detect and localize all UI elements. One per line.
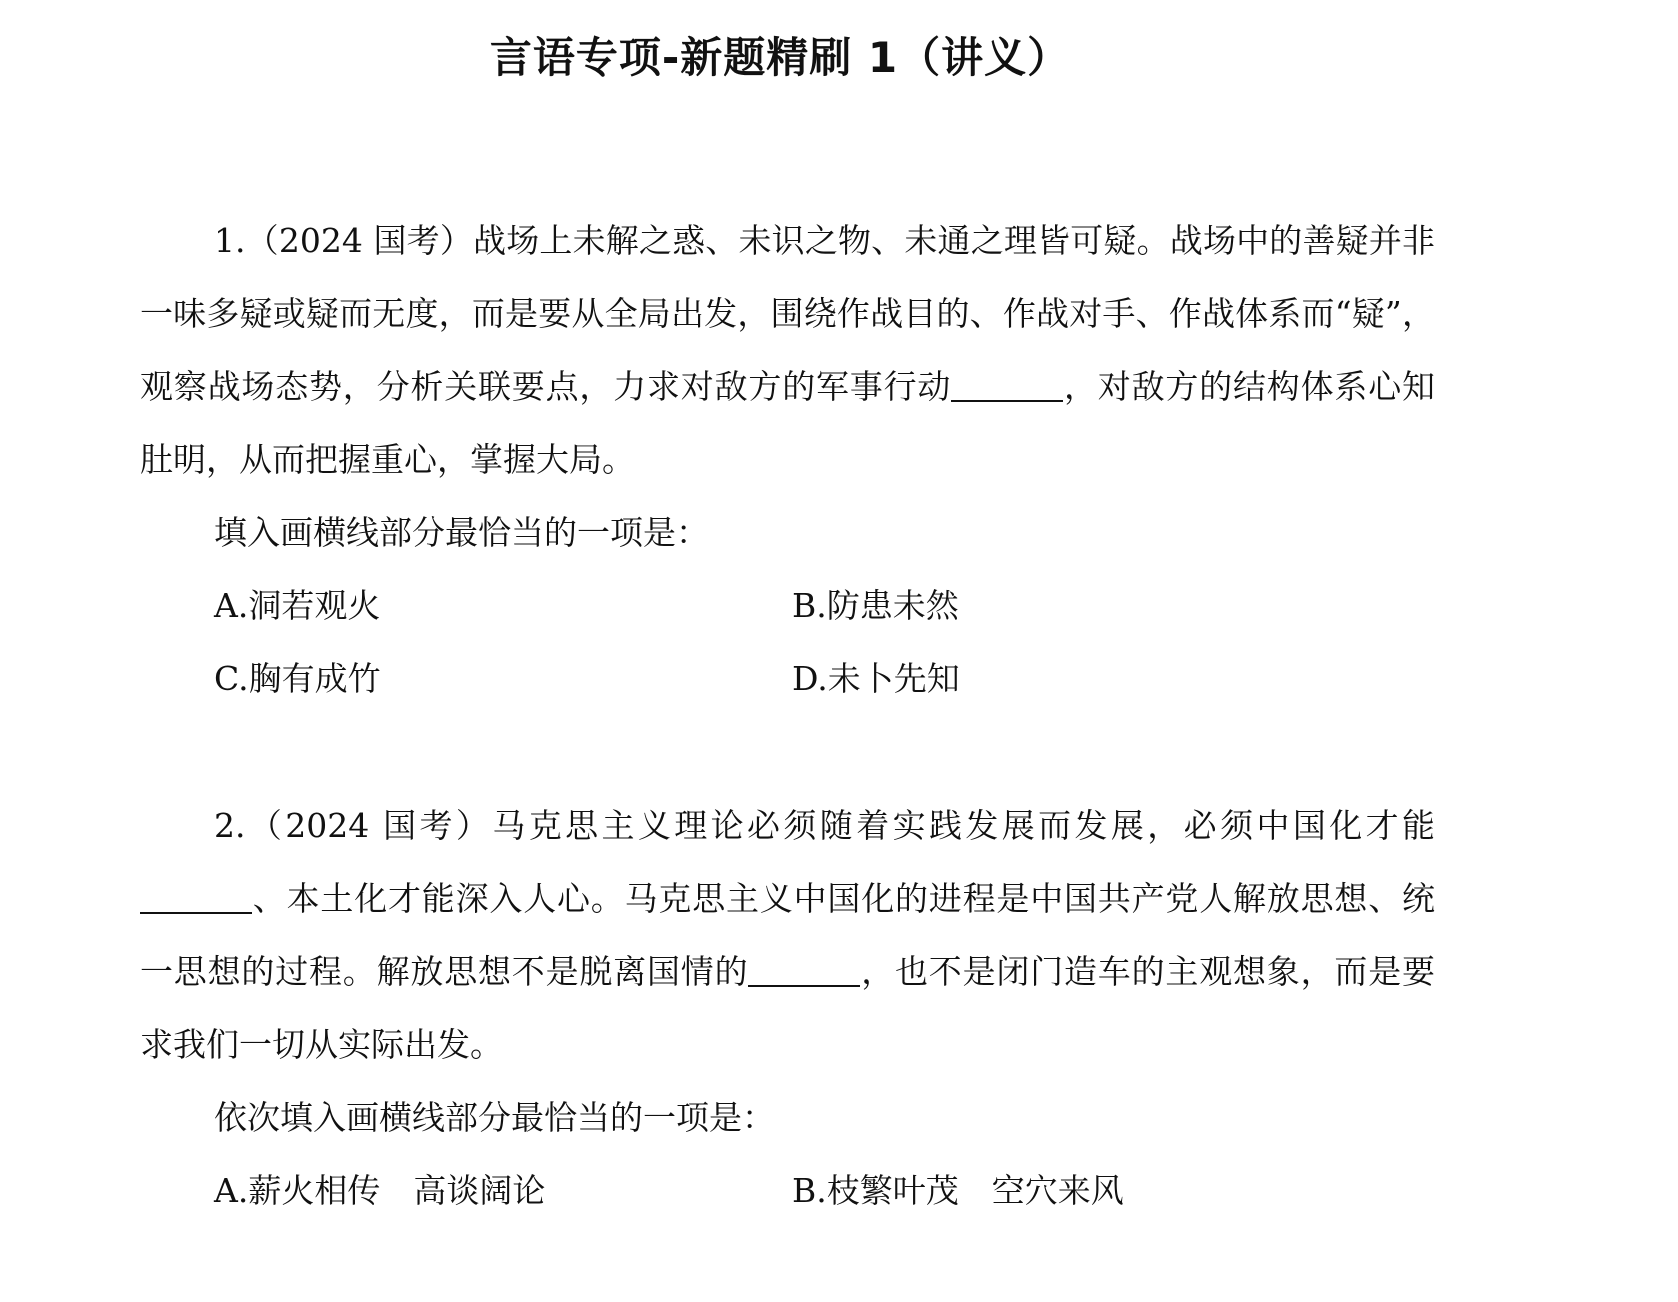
option-text: 胸有成竹: [249, 659, 381, 698]
option-a: A.薪火相传 高谈阔论: [214, 1154, 792, 1227]
option-text: 枝繁叶茂 空穴来风: [827, 1171, 1124, 1210]
option-letter: C.: [214, 659, 249, 698]
question-stem: 2.（2024 国考）马克思主义理论必须随着实践发展而发展，必须中国化才能、本土…: [140, 789, 1435, 1081]
option-text: 洞若观火: [248, 586, 380, 625]
option-text: 防患未然: [827, 586, 959, 625]
option-d: D.未卜先知: [792, 642, 1370, 715]
question-number: 2.: [214, 806, 246, 845]
options-list: A.洞若观火 B.防患未然 C.胸有成竹 D.未卜先知: [140, 569, 1435, 715]
options-row: C.胸有成竹 D.未卜先知: [214, 642, 1435, 715]
option-letter: A.: [214, 586, 248, 625]
question-2: 2.（2024 国考）马克思主义理论必须随着实践发展而发展，必须中国化才能、本土…: [140, 789, 1435, 1227]
question-prompt: 填入画横线部分最恰当的一项是：: [140, 496, 1435, 569]
fill-blank: [748, 952, 860, 987]
fill-blank: [951, 367, 1063, 402]
option-b: B.防患未然: [792, 569, 1370, 642]
option-letter: B.: [792, 1171, 827, 1210]
options-list: A.薪火相传 高谈阔论 B.枝繁叶茂 空穴来风: [140, 1154, 1435, 1227]
option-c: C.胸有成竹: [214, 642, 792, 715]
option-letter: B.: [792, 586, 827, 625]
option-text: 未卜先知: [828, 659, 960, 698]
question-stem: 1.（2024 国考）战场上未解之惑、未识之物、未通之理皆可疑。战场中的善疑并非…: [140, 204, 1435, 496]
options-row: A.洞若观火 B.防患未然: [214, 569, 1435, 642]
question-source: （2024 国考）: [246, 806, 493, 845]
question-source: （2024 国考）: [246, 221, 474, 260]
stem-text: 马克思主义理论必须随着实践发展而发展，必须中国化才能: [492, 806, 1435, 845]
fill-blank: [140, 879, 252, 914]
question-1: 1.（2024 国考）战场上未解之惑、未识之物、未通之理皆可疑。战场中的善疑并非…: [140, 204, 1435, 715]
option-letter: D.: [792, 659, 828, 698]
question-prompt: 依次填入画横线部分最恰当的一项是：: [140, 1081, 1435, 1154]
option-a: A.洞若观火: [214, 569, 792, 642]
document-page: 言语专项-新题精刷 1（讲义） 1.（2024 国考）战场上未解之惑、未识之物、…: [0, 0, 1678, 1302]
option-text: 薪火相传 高谈阔论: [248, 1171, 545, 1210]
option-letter: A.: [214, 1171, 248, 1210]
option-b: B.枝繁叶茂 空穴来风: [792, 1154, 1370, 1227]
document-title: 言语专项-新题精刷 1（讲义）: [0, 28, 1560, 88]
options-row: A.薪火相传 高谈阔论 B.枝繁叶茂 空穴来风: [214, 1154, 1435, 1227]
question-number: 1.: [214, 221, 246, 260]
